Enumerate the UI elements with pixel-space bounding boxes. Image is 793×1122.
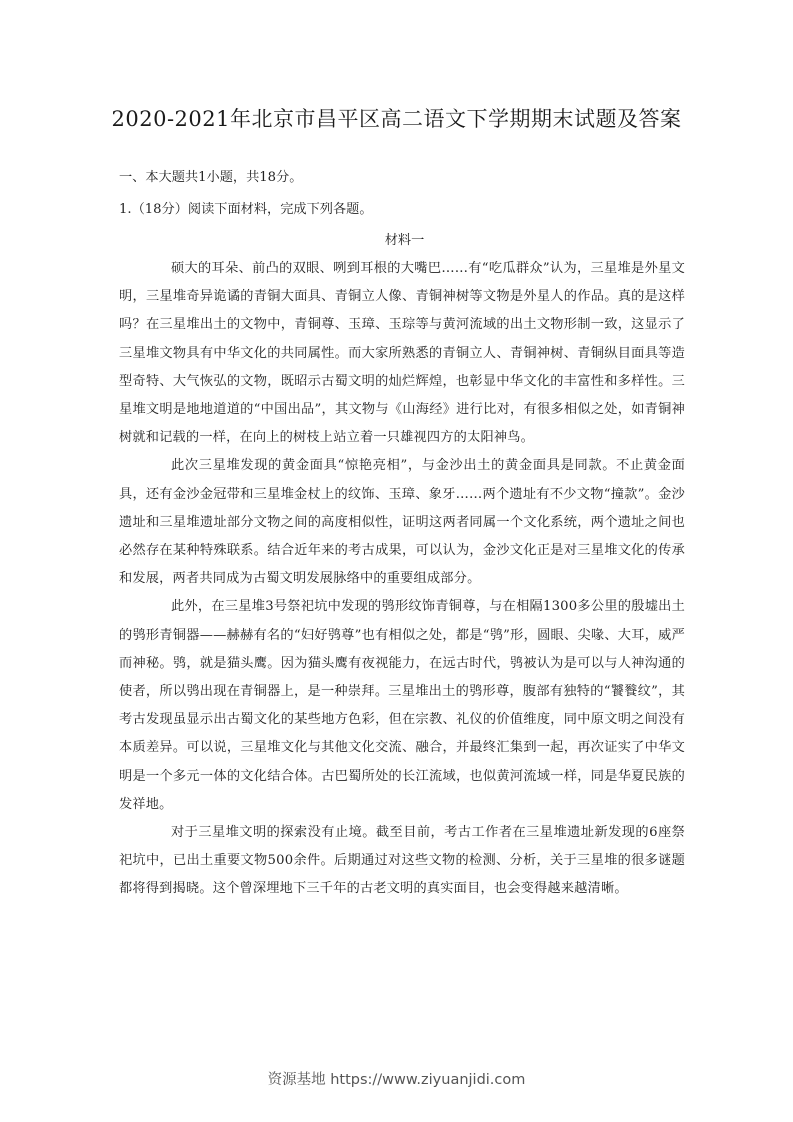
document-title: 2020-2021年北京市昌平区高二语文下学期期末试题及答案 — [0, 103, 793, 133]
material-body: 硕大的耳朵、前凸的双眼、咧到耳根的大嘴巴……有“吃瓜群众”认为，三星堆是外星文明… — [119, 255, 685, 904]
paragraph: 此次三星堆发现的黄金面具“惊艳亮相”，与金沙出土的黄金面具是同款。不止黄金面具，… — [119, 452, 685, 593]
material-title: 材料一 — [0, 229, 793, 248]
paragraph: 对于三星堆文明的探索没有止境。截至目前，考古工作者在三星堆遗址新发现的6座祭祀坑… — [119, 819, 685, 904]
paragraph: 硕大的耳朵、前凸的双眼、咧到耳根的大嘴巴……有“吃瓜群众”认为，三星堆是外星文明… — [119, 255, 685, 452]
question-prompt: 1.（18分）阅读下面材料，完成下列各题。 — [119, 198, 373, 217]
paragraph: 此外，在三星堆3号祭祀坑中发现的鸮形纹饰青铜尊，与在相隔1300多公里的殷墟出土… — [119, 593, 685, 819]
watermark-footer: 资源基地 https://www.ziyuanjidi.com — [0, 1068, 793, 1089]
section-heading: 一、本大题共1小题，共18分。 — [119, 166, 302, 185]
